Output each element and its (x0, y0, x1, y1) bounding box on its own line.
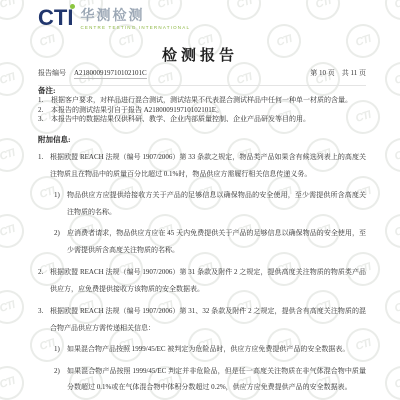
report-header-row: 报告编号A218000919710102101C 第 10 页 共 11 页 (38, 68, 366, 86)
sub-item-text: 如果混合物产品按照 1999/45/EC 被判定为危险品时，供应方应免费提供产品… (67, 341, 366, 358)
additional-info-item: 1.根据欧盟 REACH 法规（编号 1907/2006）第 33 条款之规定，… (38, 149, 366, 182)
page-info: 第 10 页 共 11 页 (310, 68, 366, 78)
notes-list: 1.根据客户要求，对样品进行混合测试，测试结果不代表混合测试样品中任何一种单一材… (38, 96, 366, 125)
report-title: 检测报告 (0, 44, 400, 65)
notes-section: 备注: 1.根据客户要求，对样品进行混合测试，测试结果不代表混合测试样品中任何一… (38, 86, 366, 125)
sub-item-number: 1) (54, 341, 67, 358)
additional-info-sub-item: 1)物品供应方应提供给接收方关于产品的足够信息以确保物品的安全使用，至少需提供所… (54, 187, 366, 220)
sub-item-text: 如果混合物产品按照 1999/45/EC 判定并非危险品，但是任一高度关注物质在… (67, 363, 366, 396)
additional-item-number: 3. (38, 303, 50, 336)
notes-heading: 备注: (38, 86, 366, 96)
note-item-text: 根据客户要求，对样品进行混合测试，测试结果不代表混合测试样品中任何一种单一材质的… (51, 96, 366, 106)
report-page: CTICTICTICTICTICTICTICTICTICTICTICTICTIC… (0, 0, 400, 400)
sub-item-number: 2) (54, 363, 67, 396)
note-item-text: 本报告的测试结果引自于报告 A218000919710102101E。 (51, 106, 366, 116)
additional-info-sub-item: 1)如果混合物产品按照 1999/45/EC 被判定为危险品时，供应方应免费提供… (54, 341, 366, 358)
additional-info-section: 附加信息: 1.根据欧盟 REACH 法规（编号 1907/2006）第 33 … (38, 134, 366, 396)
logo-chinese-name: 华测检测 (80, 9, 190, 24)
cti-logo: CTI 华测检测 CENTRE TESTING INTERNATIONAL (38, 7, 190, 30)
logo-wordmark: 华测检测 CENTRE TESTING INTERNATIONAL (80, 7, 190, 30)
sub-item-text: 应消费者请求，物品供应方应在 45 天内免费提供关于产品的足够信息以确保物品的安… (67, 225, 366, 258)
logo-cti-letters: CTI (38, 5, 73, 30)
additional-info-item: 2.根据欧盟 REACH 法规（编号 1907/2006）第 31 条款及附件 … (38, 264, 366, 297)
additional-item-number: 1. (38, 149, 50, 182)
additional-info-heading: 附加信息: (38, 134, 366, 146)
report-number-group: 报告编号A218000919710102101C (38, 68, 147, 78)
note-item-number: 2. (38, 106, 51, 116)
sub-item-number: 2) (54, 225, 67, 258)
additional-info-item: 3.根据欧盟 REACH 法规（编号 1907/2006）第 31、32 条款及… (38, 303, 366, 336)
additional-info-sub-item: 2)应消费者请求，物品供应方应在 45 天内免费提供关于产品的足够信息以确保物品… (54, 225, 366, 258)
note-item-text: 本报告中的数据结果仅供科研、教学、企业内部质量控制、企业产品研发等目的用。 (51, 115, 366, 125)
additional-item-text: 根据欧盟 REACH 法规（编号 1907/2006）第 33 条款之规定，物品… (50, 149, 366, 182)
logo-green-dot-icon (70, 4, 75, 9)
report-number-label: 报告编号 (38, 69, 66, 77)
note-item: 2.本报告的测试结果引自于报告 A218000919710102101E。 (38, 106, 366, 116)
note-item: 3.本报告中的数据结果仅供科研、教学、企业内部质量控制、企业产品研发等目的用。 (38, 115, 366, 125)
sub-item-text: 物品供应方应提供给接收方关于产品的足够信息以确保物品的安全使用，至少需提供所含高… (67, 187, 366, 220)
additional-info-sub-item: 2)如果混合物产品按照 1999/45/EC 判定并非危险品，但是任一高度关注物… (54, 363, 366, 396)
additional-item-text: 根据欧盟 REACH 法规（编号 1907/2006）第 31、32 条款及附件… (50, 303, 366, 336)
note-item: 1.根据客户要求，对样品进行混合测试，测试结果不代表混合测试样品中任何一种单一材… (38, 96, 366, 106)
logo-subtitle: CENTRE TESTING INTERNATIONAL (80, 25, 190, 30)
additional-item-text: 根据欧盟 REACH 法规（编号 1907/2006）第 31 条款及附件 2 … (50, 264, 366, 297)
note-item-number: 3. (38, 115, 51, 125)
report-number-value: A218000919710102101C (74, 69, 147, 79)
additional-item-number: 2. (38, 264, 50, 297)
additional-info-list: 1.根据欧盟 REACH 法规（编号 1907/2006）第 33 条款之规定，… (38, 149, 366, 396)
sub-item-number: 1) (54, 187, 67, 220)
logo-cti-text: CTI (38, 7, 73, 29)
note-item-number: 1. (38, 96, 51, 106)
